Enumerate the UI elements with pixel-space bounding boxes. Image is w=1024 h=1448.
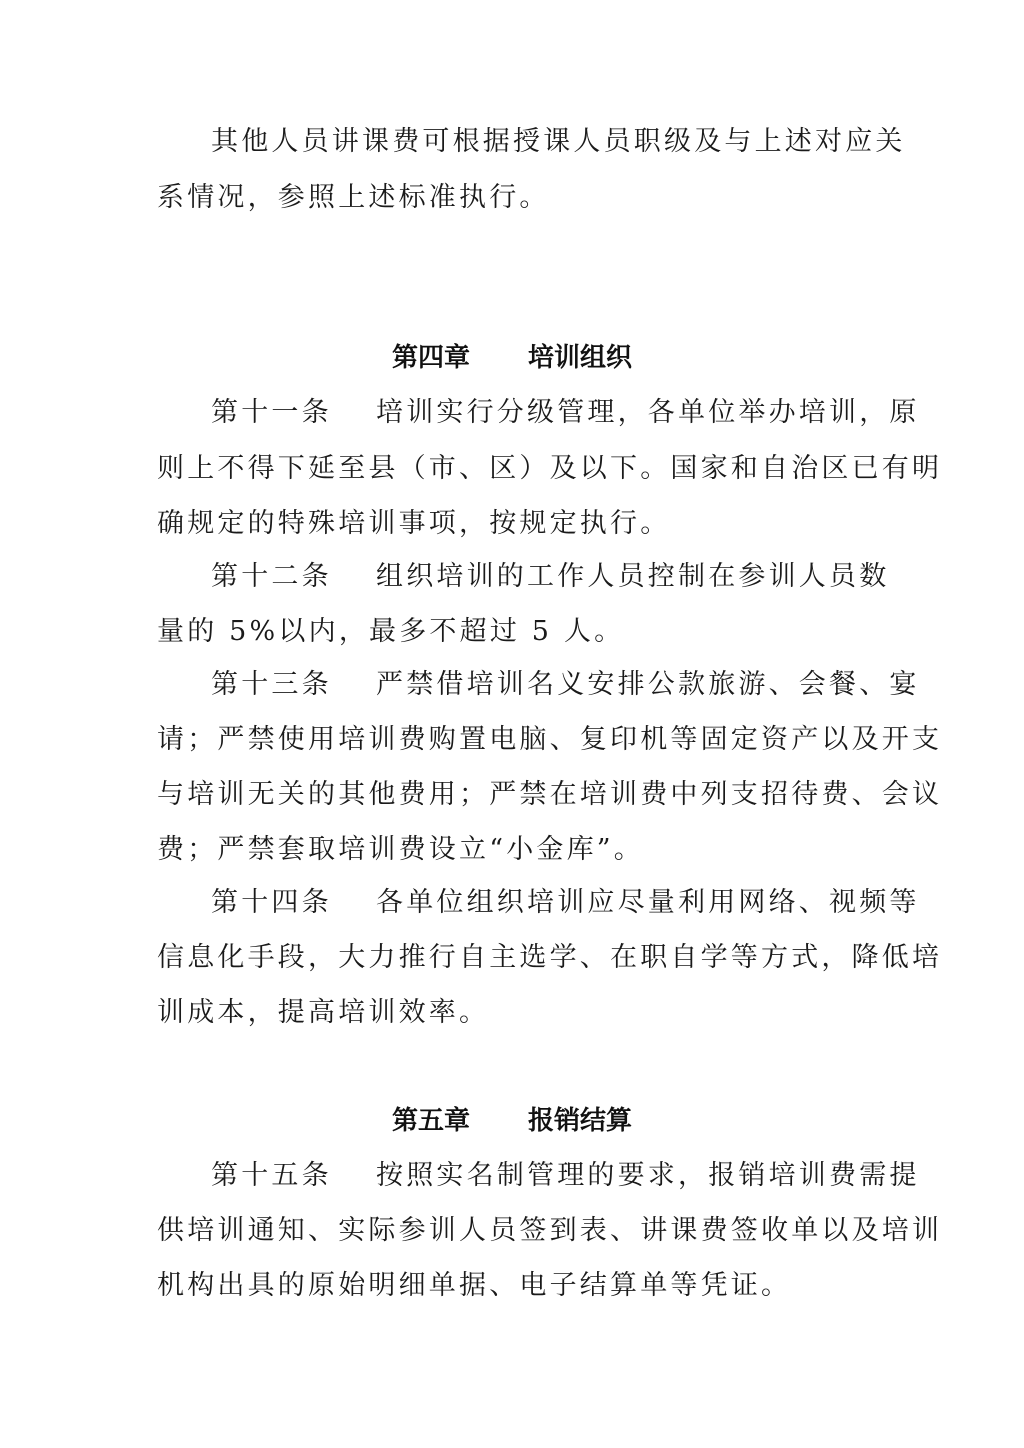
article-14-line-1: 第十四条各单位组织培训应尽量利用网络、视频等 [211, 885, 872, 921]
article-text: 各单位组织培训应尽量利用网络、视频等 [376, 887, 920, 918]
document-page: 其他人员讲课费可根据授课人员职级及与上述对应关 系情况，参照上述标准执行。 第四… [0, 0, 1024, 1448]
article-text: 组织培训的工作人员控制在参训人员数 [376, 561, 889, 592]
article-14-line-3: 训成本，提高培训效率。 [157, 995, 872, 1031]
article-label: 第十五条 [211, 1158, 376, 1194]
article-label: 第十二条 [211, 559, 376, 595]
article-15-line-3: 机构出具的原始明细单据、电子结算单等凭证。 [157, 1268, 872, 1304]
chapter-title: 培训组织 [528, 340, 632, 376]
chapter-number: 第五章 [392, 1103, 470, 1139]
article-label: 第十四条 [211, 885, 376, 921]
article-15-line-1: 第十五条按照实名制管理的要求，报销培训费需提 [211, 1158, 872, 1194]
chapter-number: 第四章 [392, 340, 470, 376]
intro-paragraph-line-1: 其他人员讲课费可根据授课人员职级及与上述对应关 [211, 124, 872, 160]
article-label: 第十一条 [211, 395, 376, 431]
article-11-line-3: 确规定的特殊培训事项，按规定执行。 [157, 506, 872, 542]
intro-paragraph-line-2: 系情况，参照上述标准执行。 [157, 180, 872, 216]
article-13-line-2: 请；严禁使用培训费购置电脑、复印机等固定资产以及开支 [157, 722, 872, 758]
article-text: 按照实名制管理的要求，报销培训费需提 [376, 1160, 920, 1191]
chapter-title: 报销结算 [528, 1103, 632, 1139]
article-text: 培训实行分级管理，各单位举办培训，原 [376, 397, 920, 428]
article-11-line-2: 则上不得下延至县（市、区）及以下。国家和自治区已有明 [157, 451, 872, 487]
article-11-line-1: 第十一条培训实行分级管理，各单位举办培训，原 [211, 395, 872, 431]
chapter-heading-5: 第五章报销结算 [0, 1103, 1024, 1139]
article-text: 严禁借培训名义安排公款旅游、会餐、宴 [376, 669, 920, 700]
article-14-line-2: 信息化手段，大力推行自主选学、在职自学等方式，降低培 [157, 940, 872, 976]
article-13-line-1: 第十三条严禁借培训名义安排公款旅游、会餐、宴 [211, 667, 872, 703]
chapter-heading-4: 第四章培训组织 [0, 340, 1024, 376]
article-15-line-2: 供培训通知、实际参训人员签到表、讲课费签收单以及培训 [157, 1213, 872, 1249]
article-13-line-4: 费；严禁套取培训费设立“小金库”。 [157, 832, 872, 868]
article-12-line-2: 量的 5%以内，最多不超过 5 人。 [157, 614, 872, 650]
article-13-line-3: 与培训无关的其他费用；严禁在培训费中列支招待费、会议 [157, 777, 872, 813]
article-12-line-1: 第十二条组织培训的工作人员控制在参训人员数 [211, 559, 872, 595]
article-label: 第十三条 [211, 667, 376, 703]
